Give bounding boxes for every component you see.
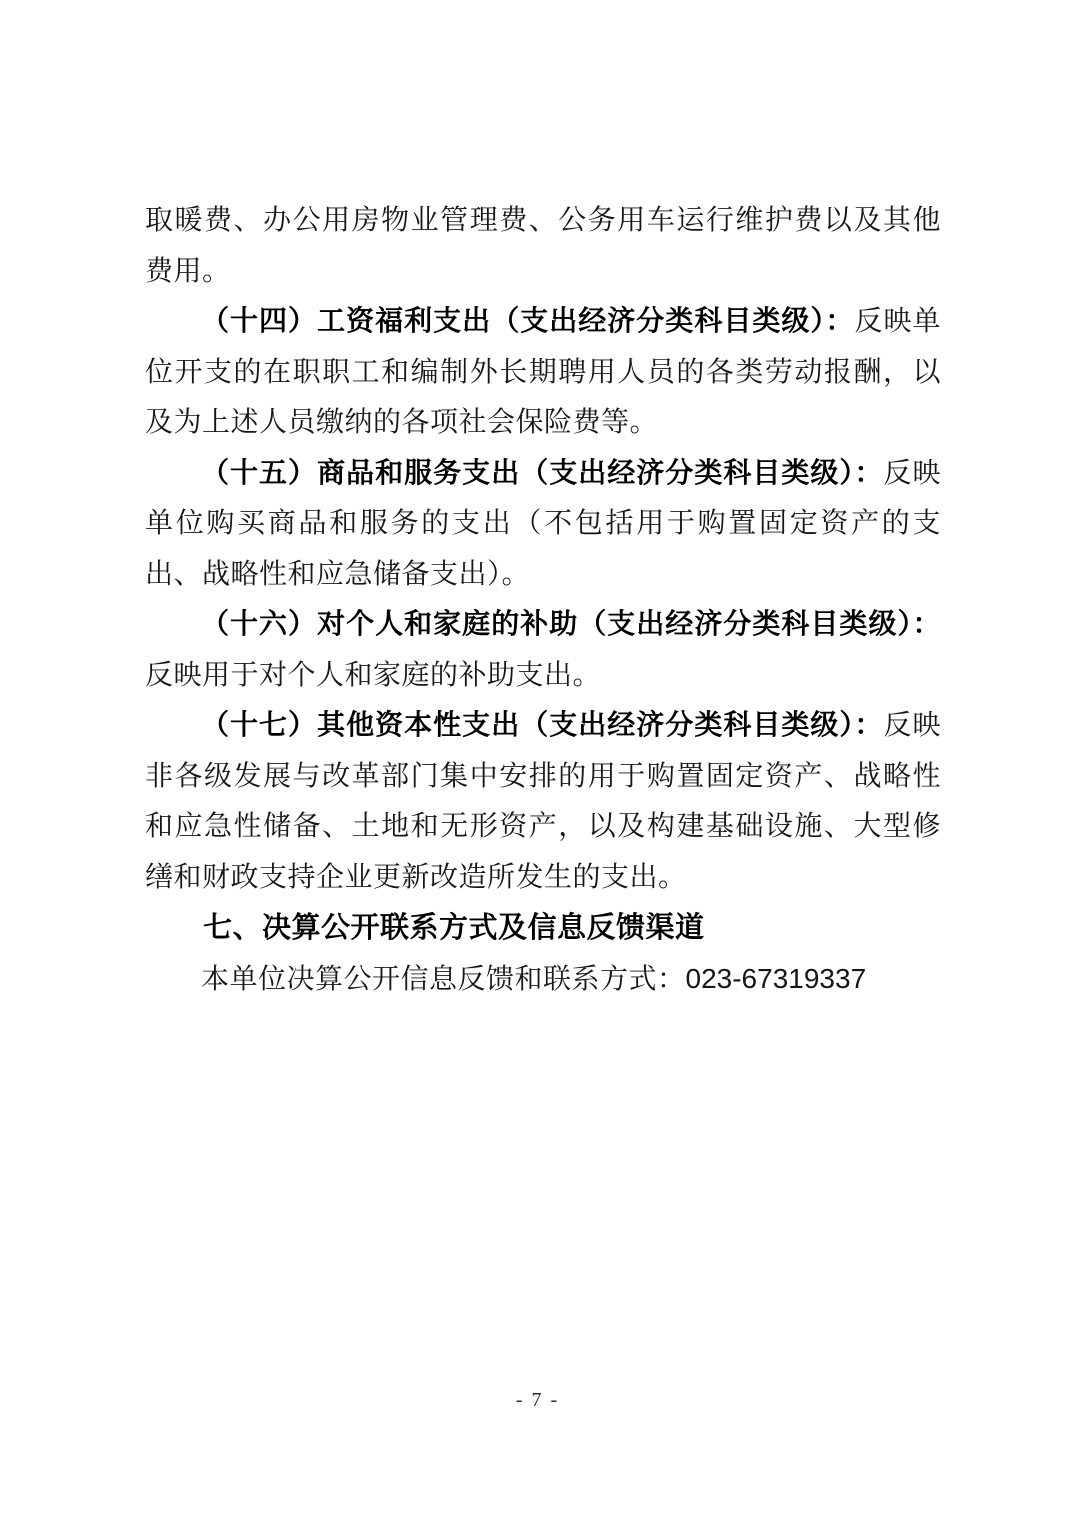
document-body: 取暖费、办公用房物业管理费、公务用车运行维护费以及其他费用。 （十四）工资福利支… — [145, 196, 941, 1005]
definition-16-lead: （十六）对个人和家庭的补助（支出经济分类科目类级）： — [201, 609, 941, 640]
definition-paragraph-14: （十四）工资福利支出（支出经济分类科目类级）：反映单位开支的在职职工和编制外长期… — [145, 297, 941, 449]
section-heading-seven: 七、决算公开联系方式及信息反馈渠道 — [145, 903, 941, 954]
contact-phone-number: 023-67319337 — [686, 963, 867, 994]
definition-15-lead: （十五）商品和服务支出（支出经济分类科目类级）： — [201, 458, 883, 489]
definition-paragraph-17: （十七）其他资本性支出（支出经济分类科目类级）：反映非各级发展与改革部门集中安排… — [145, 701, 941, 903]
definition-16-body: 反映用于对个人和家庭的补助支出。 — [145, 660, 601, 691]
definition-paragraph-15: （十五）商品和服务支出（支出经济分类科目类级）：反映单位购买商品和服务的支出（不… — [145, 449, 941, 601]
contact-prefix: 本单位决算公开信息反馈和联系方式： — [201, 964, 686, 995]
document-page: 取暖费、办公用房物业管理费、公务用车运行维护费以及其他费用。 （十四）工资福利支… — [0, 0, 1075, 1520]
definition-paragraph-16: （十六）对个人和家庭的补助（支出经济分类科目类级）：反映用于对个人和家庭的补助支… — [145, 600, 941, 701]
definition-14-lead: （十四）工资福利支出（支出经济分类科目类级）： — [201, 306, 854, 337]
page-number: - 7 - — [0, 1388, 1075, 1412]
contact-paragraph: 本单位决算公开信息反馈和联系方式：023-67319337 — [145, 954, 941, 1006]
definition-17-lead: （十七）其他资本性支出（支出经济分类科目类级）： — [201, 710, 883, 741]
continuation-paragraph: 取暖费、办公用房物业管理费、公务用车运行维护费以及其他费用。 — [145, 196, 941, 297]
